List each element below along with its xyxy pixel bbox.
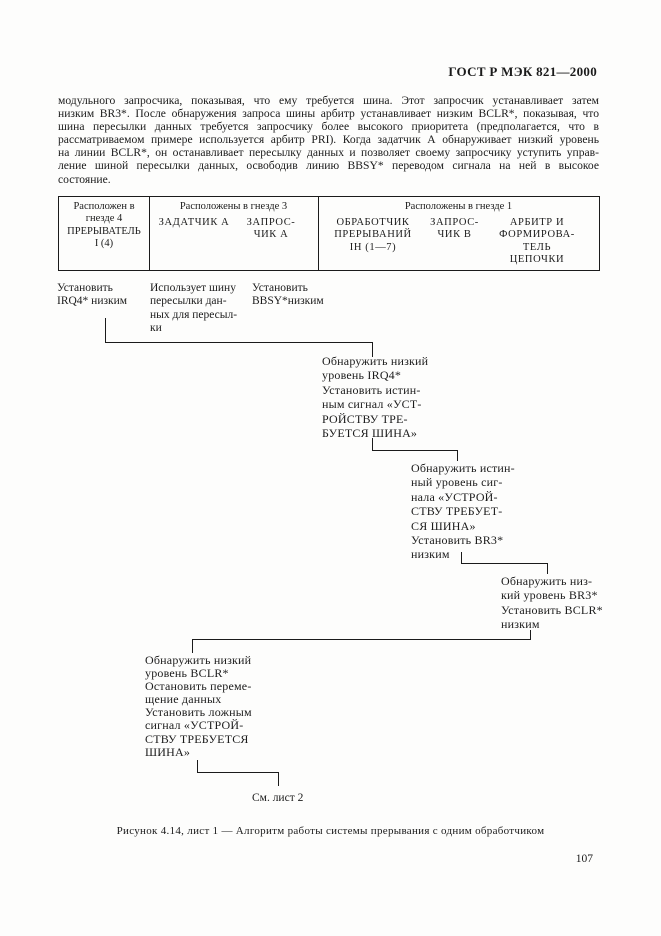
lane-group-slot1-title: Расположены в гнезде 1 [318,201,599,213]
paragraph-line: шина пересылки данных требуется запросчи… [58,120,599,133]
paragraph-line: на линии BCLR*, он останавливает пересыл… [58,146,599,159]
connector-5-h [197,772,279,773]
lane-slot3-master-a: ЗАДАТЧИК А [153,217,235,229]
flow-step-1: Обнаружить низкий уровень IRQ4* Установи… [322,354,464,440]
connector-2-v2 [457,450,458,461]
connector-5-v2 [278,772,279,786]
connector-4-v2 [192,639,193,653]
lane-group-slot3-title: Расположены в гнезде 3 [149,201,318,213]
connector-1-h [105,342,373,343]
document-page: ГОСТ Р МЭК 821—2000 модульного запросчик… [0,0,661,936]
page-number: 107 [576,853,593,865]
connector-2-h [372,450,458,451]
lane-slot1-interrupt-handler: ОБРАБОТЧИК ПРЕРЫВАНИЙ IH (1—7) [319,217,427,254]
connector-3-v2 [547,563,548,574]
action-set-bbsy-low: Установить BBSY*низким [252,282,324,309]
see-sheet2-note: См. лист 2 [252,792,303,804]
lane-table: Расположен в гнезде 4 ПРЕРЫВАТЕЛЬ I (4) … [58,196,600,271]
paragraph-line: ление шиной пересылки данных, освободив … [58,159,599,172]
connector-4-h [192,639,531,640]
standard-header: ГОСТ Р МЭК 821—2000 [448,64,597,80]
lane-cell-interrupter: Расположен в гнезде 4 ПРЕРЫВАТЕЛЬ I (4) [59,201,149,250]
connector-1-v1 [105,318,106,343]
paragraph-line: модульного запросчика, показывая, что ем… [58,94,599,107]
action-use-data-bus: Использует шину пересылки дан- ных для п… [150,282,237,336]
figure-caption: Рисунок 4.14, лист 1 — Алгоритм работы с… [0,825,661,837]
flow-step-3: Обнаружить низ- кий уровень BR3* Установ… [501,574,616,632]
lane-slot1-arbiter: АРБИТР И ФОРМИРОВА- ТЕЛЬ ЦЕПОЧКИ [481,217,593,266]
flow-step-2: Обнаружить истин- ный уровень сиг- нала … [411,461,553,562]
action-set-irq4-low: Установить IRQ4* низким [57,282,127,309]
flow-step-4: Обнаружить низкий уровень BCLR* Останови… [145,654,295,759]
body-paragraph: модульного запросчика, показывая, что ем… [58,94,599,186]
paragraph-line: рассматриваемом примере используется арб… [58,133,599,146]
paragraph-line: состояние. [58,173,599,186]
connector-3-h [461,563,548,564]
lane-slot3-requester-a: ЗАПРОС- ЧИК А [231,217,311,242]
paragraph-line: низким BR3*. После обнаружения запроса ш… [58,107,599,120]
